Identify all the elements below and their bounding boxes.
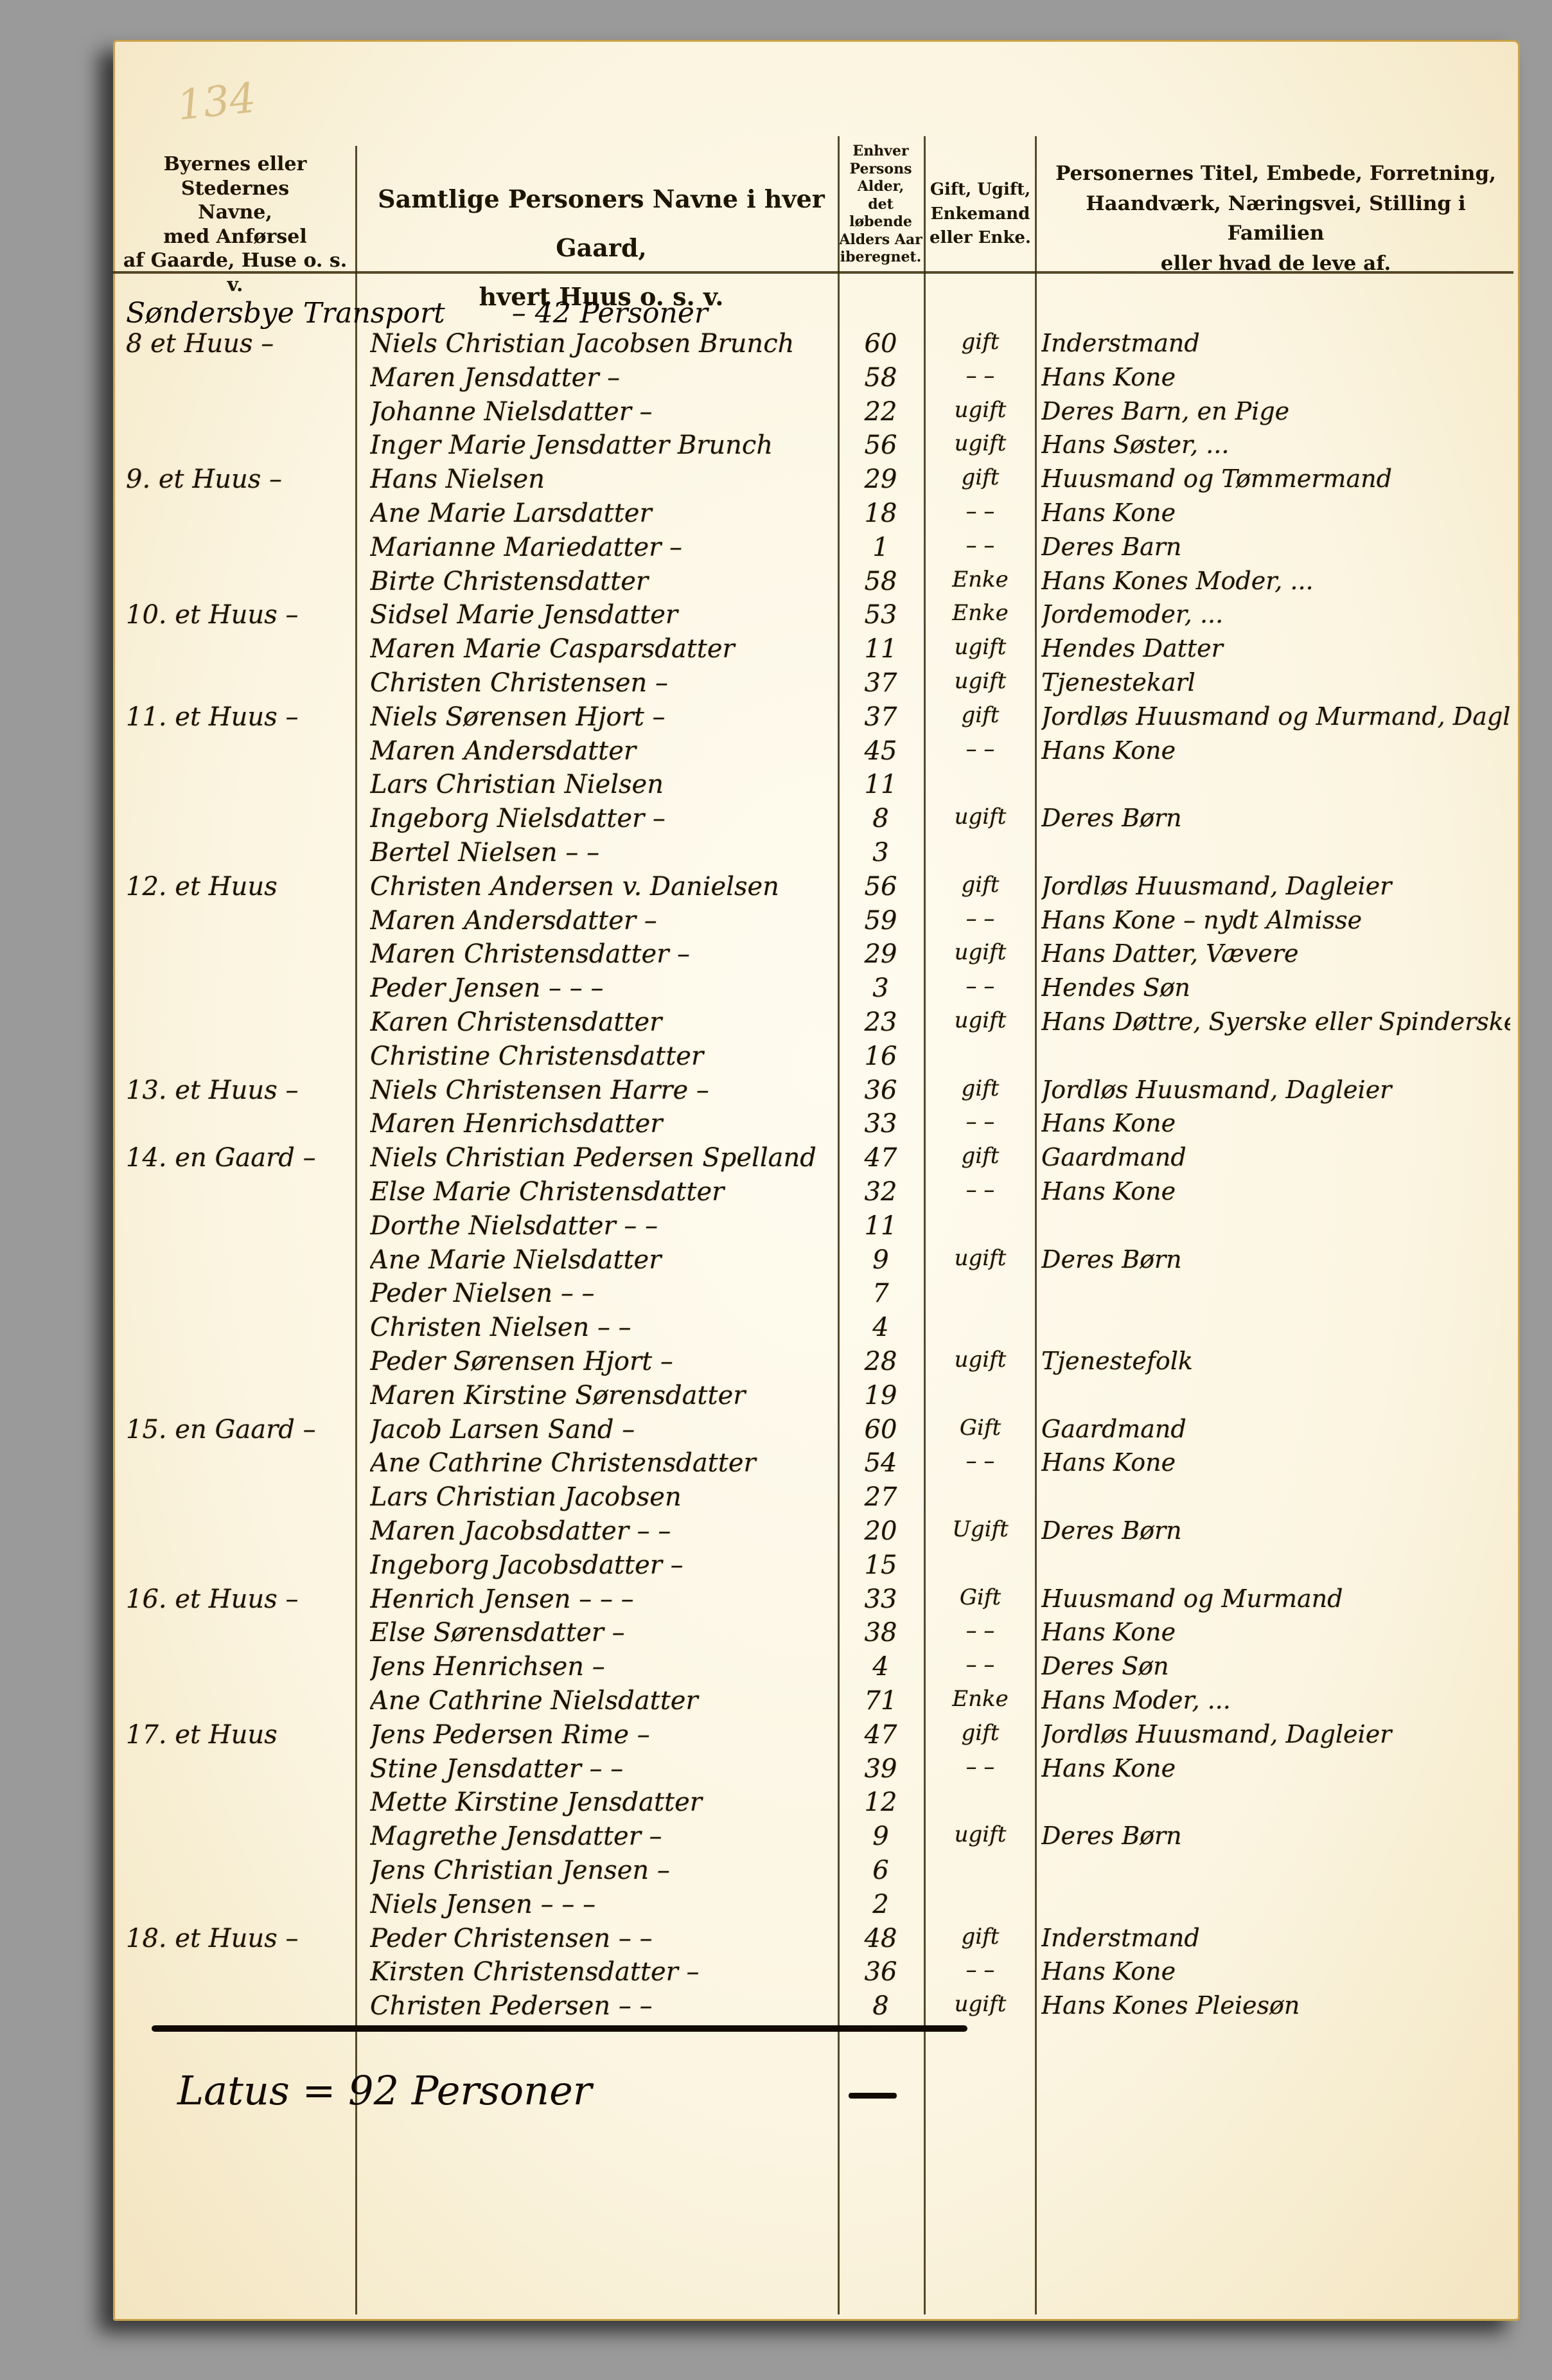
house-cell: 12. et Huus bbox=[126, 872, 351, 901]
age-cell: 2 bbox=[842, 1890, 919, 1919]
occupation-cell: Hans Kone bbox=[1041, 1754, 1510, 1782]
name-cell: Maren Andersdatter bbox=[370, 736, 839, 766]
table-row: Maren Jacobsdatter – –20UgiftDeres Børn bbox=[113, 1516, 1520, 1549]
name-cell: Maren Kirstine Sørensdatter bbox=[370, 1381, 839, 1410]
latus-dash bbox=[849, 2093, 897, 2099]
name-cell: Niels Christian Pedersen Spelland bbox=[370, 1143, 839, 1173]
age-cell: 45 bbox=[842, 736, 919, 766]
civil-status-cell: Enke bbox=[929, 600, 1032, 626]
civil-status-cell: ugift bbox=[929, 634, 1032, 660]
header-rule bbox=[113, 271, 1513, 274]
house-cell: 10. et Huus – bbox=[126, 600, 351, 630]
occupation-cell: Deres Barn bbox=[1041, 533, 1510, 561]
age-cell: 48 bbox=[842, 1924, 919, 1953]
table-row: 14. en Gaard –Niels Christian Pedersen S… bbox=[113, 1143, 1520, 1175]
table-row: Maren Andersdatter –59– –Hans Kone – nyd… bbox=[113, 906, 1520, 938]
table-row: Karen Christensdatter23ugiftHans Døttre,… bbox=[113, 1008, 1520, 1040]
name-cell: Else Marie Christensdatter bbox=[370, 1177, 839, 1207]
name-cell: Magrethe Jensdatter – bbox=[370, 1822, 839, 1851]
table-row: Inger Marie Jensdatter Brunch56ugiftHans… bbox=[113, 431, 1520, 463]
civil-status-cell: ugift bbox=[929, 939, 1032, 965]
name-cell: Niels Christian Jacobsen Brunch bbox=[370, 329, 839, 359]
civil-status-cell: gift bbox=[929, 329, 1032, 355]
civil-status-cell: Enke bbox=[929, 567, 1032, 592]
occupation-cell: Hans Døttre, Syerske eller Spinderske bbox=[1041, 1008, 1510, 1036]
age-cell: 33 bbox=[842, 1585, 919, 1614]
occupation-cell: Hans Kone bbox=[1041, 1957, 1510, 1985]
age-cell: 37 bbox=[842, 702, 919, 732]
name-cell: Dorthe Nielsdatter – – bbox=[370, 1211, 839, 1241]
civil-status-cell: Gift bbox=[929, 1585, 1032, 1610]
name-cell: Peder Jensen – – – bbox=[370, 973, 839, 1003]
table-row: Mette Kirstine Jensdatter12 bbox=[113, 1788, 1520, 1820]
occupation-cell: Deres Børn bbox=[1041, 1245, 1510, 1274]
occupation-cell: Inderstmand bbox=[1041, 1924, 1510, 1952]
age-cell: 23 bbox=[842, 1008, 919, 1037]
name-cell: Henrich Jensen – – – bbox=[370, 1585, 839, 1614]
name-cell: Christen Christensen – bbox=[370, 668, 839, 698]
occupation-cell: Hans Kones Moder, ... bbox=[1041, 567, 1510, 595]
civil-status-cell: – – bbox=[929, 1109, 1032, 1135]
name-cell: Christen Nielsen – – bbox=[370, 1313, 839, 1342]
name-cell: Jens Pedersen Rime – bbox=[370, 1720, 839, 1750]
age-cell: 29 bbox=[842, 939, 919, 969]
table-row: Christine Christensdatter16 bbox=[113, 1042, 1520, 1074]
name-cell: Maren Jensdatter – bbox=[370, 363, 839, 393]
age-cell: 4 bbox=[842, 1313, 919, 1342]
civil-status-cell: Gift bbox=[929, 1415, 1032, 1441]
civil-status-cell: – – bbox=[929, 363, 1032, 389]
occupation-cell: Tjenestekarl bbox=[1041, 668, 1510, 697]
civil-status-cell: ugift bbox=[929, 804, 1032, 830]
civil-status-cell: gift bbox=[929, 1143, 1032, 1169]
age-cell: 60 bbox=[842, 1415, 919, 1444]
occupation-cell: Jordløs Huusmand, Dagleier bbox=[1041, 1076, 1510, 1104]
civil-status-cell: Enke bbox=[929, 1686, 1032, 1712]
civil-status-cell: gift bbox=[929, 1924, 1032, 1949]
header-col-age: Enhver Persons Alder, det løbende Alders… bbox=[839, 143, 922, 267]
civil-status-cell: gift bbox=[929, 1720, 1032, 1746]
table-row: Ane Marie Nielsdatter9ugiftDeres Børn bbox=[113, 1245, 1520, 1277]
name-cell: Maren Andersdatter – bbox=[370, 906, 839, 936]
table-row: 18. et Huus –Peder Christensen – –48gift… bbox=[113, 1924, 1520, 1956]
name-cell: Ane Marie Nielsdatter bbox=[370, 1245, 839, 1275]
table-row: Maren Jensdatter –58– –Hans Kone bbox=[113, 363, 1520, 395]
civil-status-cell: – – bbox=[929, 1448, 1032, 1474]
age-cell: 9 bbox=[842, 1822, 919, 1851]
header-col-place: Byernes eller Stedernes Navne, med Anfør… bbox=[116, 152, 354, 297]
age-cell: 9 bbox=[842, 1245, 919, 1275]
occupation-cell: Tjenestefolk bbox=[1041, 1347, 1510, 1375]
table-row: Else Sørensdatter –38– –Hans Kone bbox=[113, 1618, 1520, 1650]
age-cell: 47 bbox=[842, 1143, 919, 1173]
age-cell: 47 bbox=[842, 1720, 919, 1750]
civil-status-cell: ugift bbox=[929, 668, 1032, 694]
name-cell: Bertel Nielsen – – bbox=[370, 838, 839, 867]
occupation-cell: Hans Moder, ... bbox=[1041, 1686, 1510, 1714]
age-cell: 33 bbox=[842, 1109, 919, 1139]
civil-status-cell: – – bbox=[929, 1957, 1032, 1983]
civil-status-cell: ugift bbox=[929, 1991, 1032, 2017]
occupation-cell: Hans Kone bbox=[1041, 363, 1510, 391]
age-cell: 36 bbox=[842, 1957, 919, 1987]
occupation-cell: Hans Kone bbox=[1041, 1109, 1510, 1137]
header-col-civil-status: Gift, Ugift, Enkemand eller Enke. bbox=[926, 178, 1035, 251]
house-cell: 13. et Huus – bbox=[126, 1076, 351, 1105]
header-col-occupation: Personernes Titel, Embede, Forretning, H… bbox=[1038, 159, 1513, 278]
name-cell: Ingeborg Nielsdatter – bbox=[370, 804, 839, 833]
table-row: Ane Cathrine Christensdatter54– –Hans Ko… bbox=[113, 1448, 1520, 1480]
age-cell: 58 bbox=[842, 363, 919, 393]
name-cell: Stine Jensdatter – – bbox=[370, 1754, 839, 1784]
table-row: Maren Christensdatter –29ugiftHans Datte… bbox=[113, 939, 1520, 972]
house-cell: 15. en Gaard – bbox=[126, 1415, 351, 1444]
occupation-cell: Hans Kones Pleiesøn bbox=[1041, 1991, 1510, 2020]
occupation-cell: Hans Datter, Vævere bbox=[1041, 939, 1510, 968]
table-row: Niels Jensen – – –2 bbox=[113, 1890, 1520, 1922]
name-cell: Maren Henrichsdatter bbox=[370, 1109, 839, 1139]
civil-status-cell: ugift bbox=[929, 1822, 1032, 1847]
age-cell: 20 bbox=[842, 1516, 919, 1546]
occupation-cell: Hendes Søn bbox=[1041, 973, 1510, 1002]
age-cell: 22 bbox=[842, 397, 919, 427]
occupation-cell: Jordløs Huusmand, Dagleier bbox=[1041, 872, 1510, 900]
latus-total: Latus = 92 Personer bbox=[177, 2067, 592, 2114]
table-row: Maren Kirstine Sørensdatter19 bbox=[113, 1381, 1520, 1413]
name-cell: Niels Jensen – – – bbox=[370, 1890, 839, 1919]
table-row: Christen Christensen –37ugiftTjenestekar… bbox=[113, 668, 1520, 700]
name-cell: Lars Christian Nielsen bbox=[370, 770, 839, 799]
table-row: 13. et Huus –Niels Christensen Harre –36… bbox=[113, 1076, 1520, 1108]
table-row: 12. et HuusChristen Andersen v. Danielse… bbox=[113, 872, 1520, 904]
name-cell: Else Sørensdatter – bbox=[370, 1618, 839, 1647]
occupation-cell: Hendes Datter bbox=[1041, 634, 1510, 662]
occupation-cell: Deres Børn bbox=[1041, 804, 1510, 832]
civil-status-cell: – – bbox=[929, 1618, 1032, 1644]
name-cell: Karen Christensdatter bbox=[370, 1008, 839, 1037]
name-cell: Ane Cathrine Nielsdatter bbox=[370, 1686, 839, 1716]
occupation-cell: Gaardmand bbox=[1041, 1415, 1510, 1443]
age-cell: 28 bbox=[842, 1347, 919, 1376]
name-cell: Ane Marie Larsdatter bbox=[370, 499, 839, 528]
house-cell: 16. et Huus – bbox=[126, 1585, 351, 1614]
name-cell: Christen Pedersen – – bbox=[370, 1991, 839, 2021]
occupation-cell: Huusmand og Tømmermand bbox=[1041, 465, 1510, 493]
name-cell: Lars Christian Jacobsen bbox=[370, 1482, 839, 1512]
age-cell: 11 bbox=[842, 634, 919, 664]
name-cell: Peder Christensen – – bbox=[370, 1924, 839, 1953]
table-row: Birte Christensdatter58EnkeHans Kones Mo… bbox=[113, 567, 1520, 599]
house-cell: 18. et Huus – bbox=[126, 1924, 351, 1953]
name-cell: Christen Andersen v. Danielsen bbox=[370, 872, 839, 901]
age-cell: 56 bbox=[842, 872, 919, 901]
table-row: 8 et Huus –Niels Christian Jacobsen Brun… bbox=[113, 329, 1520, 361]
age-cell: 60 bbox=[842, 329, 919, 359]
transport-line: Søndersbye Transport – 42 Personer bbox=[126, 297, 708, 330]
occupation-cell: Jordløs Huusmand, Dagleier bbox=[1041, 1720, 1510, 1748]
name-cell: Birte Christensdatter bbox=[370, 567, 839, 596]
name-cell: Mette Kirstine Jensdatter bbox=[370, 1788, 839, 1817]
name-cell: Maren Jacobsdatter – – bbox=[370, 1516, 839, 1546]
house-cell: 9. et Huus – bbox=[126, 465, 351, 494]
table-row: 15. en Gaard –Jacob Larsen Sand –60GiftG… bbox=[113, 1415, 1520, 1447]
civil-status-cell: – – bbox=[929, 736, 1032, 762]
age-cell: 15 bbox=[842, 1550, 919, 1580]
page-number: 134 bbox=[175, 75, 258, 130]
name-cell: Peder Sørensen Hjort – bbox=[370, 1347, 839, 1376]
occupation-cell: Hans Søster, ... bbox=[1041, 431, 1510, 459]
civil-status-cell: – – bbox=[929, 499, 1032, 524]
civil-status-cell: – – bbox=[929, 533, 1032, 558]
table-row: Bertel Nielsen – –3 bbox=[113, 838, 1520, 870]
age-cell: 11 bbox=[842, 1211, 919, 1241]
name-cell: Niels Sørensen Hjort – bbox=[370, 702, 839, 732]
table-row: Dorthe Nielsdatter – –11 bbox=[113, 1211, 1520, 1243]
table-row: Ane Cathrine Nielsdatter71EnkeHans Moder… bbox=[113, 1686, 1520, 1718]
name-cell: Kirsten Christensdatter – bbox=[370, 1957, 839, 1987]
name-cell: Johanne Nielsdatter – bbox=[370, 397, 839, 427]
table-row: Maren Henrichsdatter33– –Hans Kone bbox=[113, 1109, 1520, 1141]
age-cell: 3 bbox=[842, 838, 919, 867]
name-cell: Inger Marie Jensdatter Brunch bbox=[370, 431, 839, 460]
civil-status-cell: – – bbox=[929, 906, 1032, 932]
age-cell: 59 bbox=[842, 906, 919, 936]
table-row: Magrethe Jensdatter –9ugiftDeres Børn bbox=[113, 1822, 1520, 1854]
civil-status-cell: Ugift bbox=[929, 1516, 1032, 1542]
table-row: 16. et Huus –Henrich Jensen – – –33GiftH… bbox=[113, 1585, 1520, 1617]
occupation-cell: Hans Kone bbox=[1041, 1618, 1510, 1646]
table-row: 11. et Huus –Niels Sørensen Hjort –37gif… bbox=[113, 702, 1520, 734]
name-cell: Ane Cathrine Christensdatter bbox=[370, 1448, 839, 1478]
name-cell: Jacob Larsen Sand – bbox=[370, 1415, 839, 1444]
table-row: 17. et HuusJens Pedersen Rime –47giftJor… bbox=[113, 1720, 1520, 1752]
occupation-cell: Huusmand og Murmand bbox=[1041, 1585, 1510, 1613]
table-row: Stine Jensdatter – –39– –Hans Kone bbox=[113, 1754, 1520, 1786]
age-cell: 1 bbox=[842, 533, 919, 562]
name-cell: Ingeborg Jacobsdatter – bbox=[370, 1550, 839, 1580]
occupation-cell: Hans Kone bbox=[1041, 1448, 1510, 1477]
table-row: Christen Nielsen – –4 bbox=[113, 1313, 1520, 1345]
occupation-cell: Deres Søn bbox=[1041, 1652, 1510, 1680]
table-row: Christen Pedersen – –8ugiftHans Kones Pl… bbox=[113, 1991, 1520, 2023]
age-cell: 71 bbox=[842, 1686, 919, 1716]
civil-status-cell: – – bbox=[929, 1652, 1032, 1678]
age-cell: 12 bbox=[842, 1788, 919, 1817]
table-row: Ane Marie Larsdatter18– –Hans Kone bbox=[113, 499, 1520, 531]
table-row: Else Marie Christensdatter32– –Hans Kone bbox=[113, 1177, 1520, 1209]
age-cell: 36 bbox=[842, 1076, 919, 1105]
civil-status-cell: ugift bbox=[929, 431, 1032, 456]
occupation-cell: Hans Kone – nydt Almisse bbox=[1041, 906, 1510, 934]
occupation-cell: Deres Børn bbox=[1041, 1516, 1510, 1545]
name-cell: Maren Christensdatter – bbox=[370, 939, 839, 969]
table-row: Jens Christian Jensen –6 bbox=[113, 1856, 1520, 1888]
occupation-cell: Hans Kone bbox=[1041, 499, 1510, 527]
age-cell: 4 bbox=[842, 1652, 919, 1682]
census-page: 134 Byernes eller Stedernes Navne, med A… bbox=[113, 40, 1520, 2321]
civil-status-cell: gift bbox=[929, 702, 1032, 728]
name-cell: Peder Nielsen – – bbox=[370, 1279, 839, 1308]
table-row: Jens Henrichsen –4– –Deres Søn bbox=[113, 1652, 1520, 1684]
civil-status-cell: ugift bbox=[929, 397, 1032, 423]
table-row: Marianne Mariedatter –1– –Deres Barn bbox=[113, 533, 1520, 565]
civil-status-cell: gift bbox=[929, 872, 1032, 898]
age-cell: 32 bbox=[842, 1177, 919, 1207]
age-cell: 39 bbox=[842, 1754, 919, 1784]
age-cell: 6 bbox=[842, 1856, 919, 1885]
age-cell: 29 bbox=[842, 465, 919, 494]
summary-underline bbox=[152, 2025, 967, 2032]
occupation-cell: Deres Barn, en Pige bbox=[1041, 397, 1510, 425]
table-row: Johanne Nielsdatter –22ugiftDeres Barn, … bbox=[113, 397, 1520, 429]
table-row: Ingeborg Jacobsdatter –15 bbox=[113, 1550, 1520, 1583]
name-cell: Jens Henrichsen – bbox=[370, 1652, 839, 1682]
table-row: 10. et Huus –Sidsel Marie Jensdatter53En… bbox=[113, 600, 1520, 632]
age-cell: 11 bbox=[842, 770, 919, 799]
name-cell: Christine Christensdatter bbox=[370, 1042, 839, 1071]
house-cell: 8 et Huus – bbox=[126, 329, 351, 359]
age-cell: 18 bbox=[842, 499, 919, 528]
occupation-cell: Deres Børn bbox=[1041, 1822, 1510, 1850]
civil-status-cell: – – bbox=[929, 1177, 1032, 1203]
house-cell: 17. et Huus bbox=[126, 1720, 351, 1750]
age-cell: 19 bbox=[842, 1381, 919, 1410]
name-cell: Sidsel Marie Jensdatter bbox=[370, 600, 839, 630]
civil-status-cell: – – bbox=[929, 1754, 1032, 1780]
age-cell: 3 bbox=[842, 973, 919, 1003]
age-cell: 27 bbox=[842, 1482, 919, 1512]
table-row: Maren Marie Casparsdatter11ugiftHendes D… bbox=[113, 634, 1520, 666]
occupation-cell: Hans Kone bbox=[1041, 1177, 1510, 1205]
table-row: Lars Christian Nielsen11 bbox=[113, 770, 1520, 802]
occupation-cell: Gaardmand bbox=[1041, 1143, 1510, 1171]
age-cell: 58 bbox=[842, 567, 919, 596]
age-cell: 16 bbox=[842, 1042, 919, 1071]
civil-status-cell: ugift bbox=[929, 1008, 1032, 1033]
name-cell: Niels Christensen Harre – bbox=[370, 1076, 839, 1105]
table-row: Peder Jensen – – –3– –Hendes Søn bbox=[113, 973, 1520, 1006]
name-cell: Jens Christian Jensen – bbox=[370, 1856, 839, 1885]
age-cell: 56 bbox=[842, 431, 919, 460]
civil-status-cell: gift bbox=[929, 465, 1032, 490]
table-row: Maren Andersdatter45– –Hans Kone bbox=[113, 736, 1520, 768]
name-cell: Hans Nielsen bbox=[370, 465, 839, 494]
civil-status-cell: – – bbox=[929, 973, 1032, 999]
house-cell: 14. en Gaard – bbox=[126, 1143, 351, 1173]
age-cell: 38 bbox=[842, 1618, 919, 1647]
civil-status-cell: gift bbox=[929, 1076, 1032, 1101]
table-row: Lars Christian Jacobsen27 bbox=[113, 1482, 1520, 1514]
table-row: 9. et Huus –Hans Nielsen29giftHuusmand o… bbox=[113, 465, 1520, 497]
civil-status-cell: ugift bbox=[929, 1347, 1032, 1372]
table-row: Ingeborg Nielsdatter –8ugiftDeres Børn bbox=[113, 804, 1520, 836]
table-row: Peder Nielsen – –7 bbox=[113, 1279, 1520, 1311]
occupation-cell: Inderstmand bbox=[1041, 329, 1510, 357]
age-cell: 8 bbox=[842, 1991, 919, 2021]
name-cell: Maren Marie Casparsdatter bbox=[370, 634, 839, 664]
house-cell: 11. et Huus – bbox=[126, 702, 351, 732]
table-row: Peder Sørensen Hjort –28ugiftTjenestefol… bbox=[113, 1347, 1520, 1379]
age-cell: 37 bbox=[842, 668, 919, 698]
age-cell: 7 bbox=[842, 1279, 919, 1308]
occupation-cell: Hans Kone bbox=[1041, 736, 1510, 765]
age-cell: 54 bbox=[842, 1448, 919, 1478]
occupation-cell: Jordløs Huusmand og Murmand, Dagleier bbox=[1041, 702, 1510, 731]
age-cell: 8 bbox=[842, 804, 919, 833]
occupation-cell: Jordemoder, ... bbox=[1041, 600, 1510, 628]
age-cell: 53 bbox=[842, 600, 919, 630]
name-cell: Marianne Mariedatter – bbox=[370, 533, 839, 562]
civil-status-cell: ugift bbox=[929, 1245, 1032, 1271]
table-row: Kirsten Christensdatter –36– –Hans Kone bbox=[113, 1957, 1520, 1989]
